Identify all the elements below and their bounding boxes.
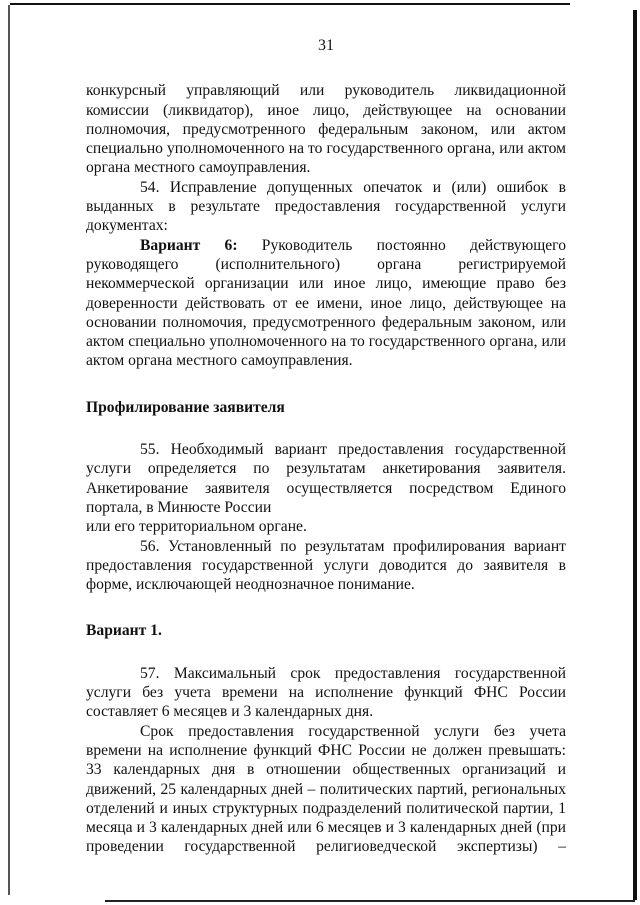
scan-edge-left [8, 5, 10, 895]
document-page: 31 конкурсный управляющий или руководите… [0, 0, 640, 905]
paragraph-term: Срок предоставления государственной услу… [86, 722, 566, 857]
paragraph-variant-6: Вариант 6: Руководитель постоянно действ… [86, 236, 566, 371]
variant-6-label: Вариант 6: [140, 237, 238, 254]
section-heading-variant-1: Вариант 1. [86, 621, 566, 640]
paragraph-57: 57. Максимальный срок предоставления гос… [86, 664, 566, 722]
variant-6-text: Руководитель постоянно действующего руко… [86, 237, 566, 370]
paragraph-56: 56. Установленный по результатам профили… [86, 537, 566, 595]
paragraph-55-continuation: или его территориальном органе. [86, 517, 566, 536]
scan-edge-right [633, 10, 637, 900]
paragraph-continuation: конкурсный управляющий или руководитель … [86, 81, 566, 177]
page-number: 31 [86, 36, 566, 55]
section-heading-profiling: Профилирование заявителя [86, 398, 566, 417]
paragraph-54: 54. Исправление допущенных опечаток и (и… [86, 178, 566, 236]
scan-edge-top [10, 3, 570, 5]
page-content: 31 конкурсный управляющий или руководите… [86, 36, 566, 857]
scan-edge-bottom [105, 900, 635, 902]
paragraph-55: 55. Необходимый вариант предоставления г… [86, 440, 566, 517]
